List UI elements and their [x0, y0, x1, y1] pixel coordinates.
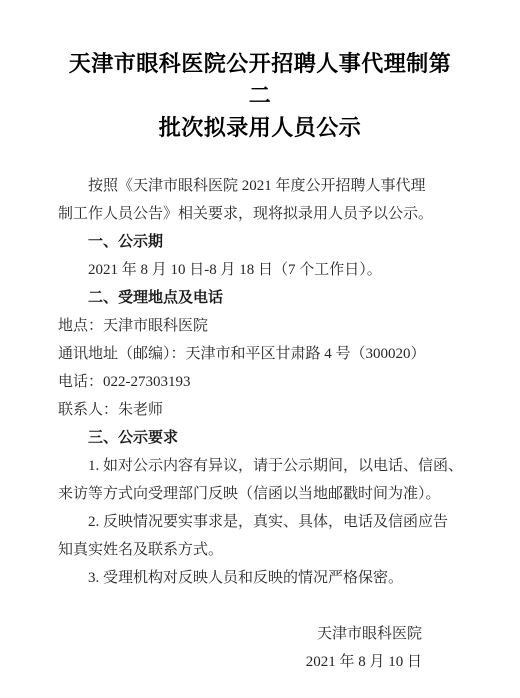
requirement-item-1-line-2: 来访等方式向受理部门反映（信函以当地邮戳时间为准）。 — [58, 480, 462, 508]
document-title-line-1: 天津市眼科医院公开招聘人事代理制第二 — [58, 48, 462, 112]
contact-mailing-address: 通讯地址（邮编）：天津市和平区甘肃路 4 号（300020） — [58, 340, 462, 368]
document-body: 按照《天津市眼科医院 2021 年度公开招聘人事代理 制工作人员公告》相关要求，… — [58, 172, 462, 676]
requirement-item-1-line-1: 1. 如对公示内容有异议，请于公示期间，以电话、信函、 — [58, 452, 462, 480]
section-1-heading: 一、公示期 — [58, 228, 462, 256]
signature-block: 天津市眼科医院 2021 年 8 月 10 日 — [58, 620, 462, 676]
section-1-period-dates: 2021 年 8 月 10 日-8 月 18 日（7 个工作日）。 — [58, 256, 462, 284]
contact-location: 地点：天津市眼科医院 — [58, 312, 462, 340]
contact-person: 联系人：朱老师 — [58, 396, 462, 424]
signature-date: 2021 年 8 月 10 日 — [58, 648, 422, 676]
requirement-item-2-line-1: 2. 反映情况要实事求是，真实、具体，电话及信函应告 — [58, 508, 462, 536]
section-3-heading: 三、公示要求 — [58, 424, 462, 452]
requirement-item-2-line-2: 知真实姓名及联系方式。 — [58, 536, 462, 564]
announcement-document: 天津市眼科医院公开招聘人事代理制第二 批次拟录用人员公示 按照《天津市眼科医院 … — [0, 0, 520, 698]
signature-organization: 天津市眼科医院 — [58, 620, 422, 648]
intro-paragraph-line-1: 按照《天津市眼科医院 2021 年度公开招聘人事代理 — [58, 172, 462, 200]
document-title: 天津市眼科医院公开招聘人事代理制第二 批次拟录用人员公示 — [58, 48, 462, 144]
requirement-item-3: 3. 受理机构对反映人员和反映的情况严格保密。 — [58, 564, 462, 592]
contact-phone: 电话：022-27303193 — [58, 368, 462, 396]
intro-paragraph-line-2: 制工作人员公告》相关要求，现将拟录用人员予以公示。 — [58, 200, 462, 228]
section-2-heading: 二、受理地点及电话 — [58, 284, 462, 312]
document-title-line-2: 批次拟录用人员公示 — [58, 112, 462, 144]
